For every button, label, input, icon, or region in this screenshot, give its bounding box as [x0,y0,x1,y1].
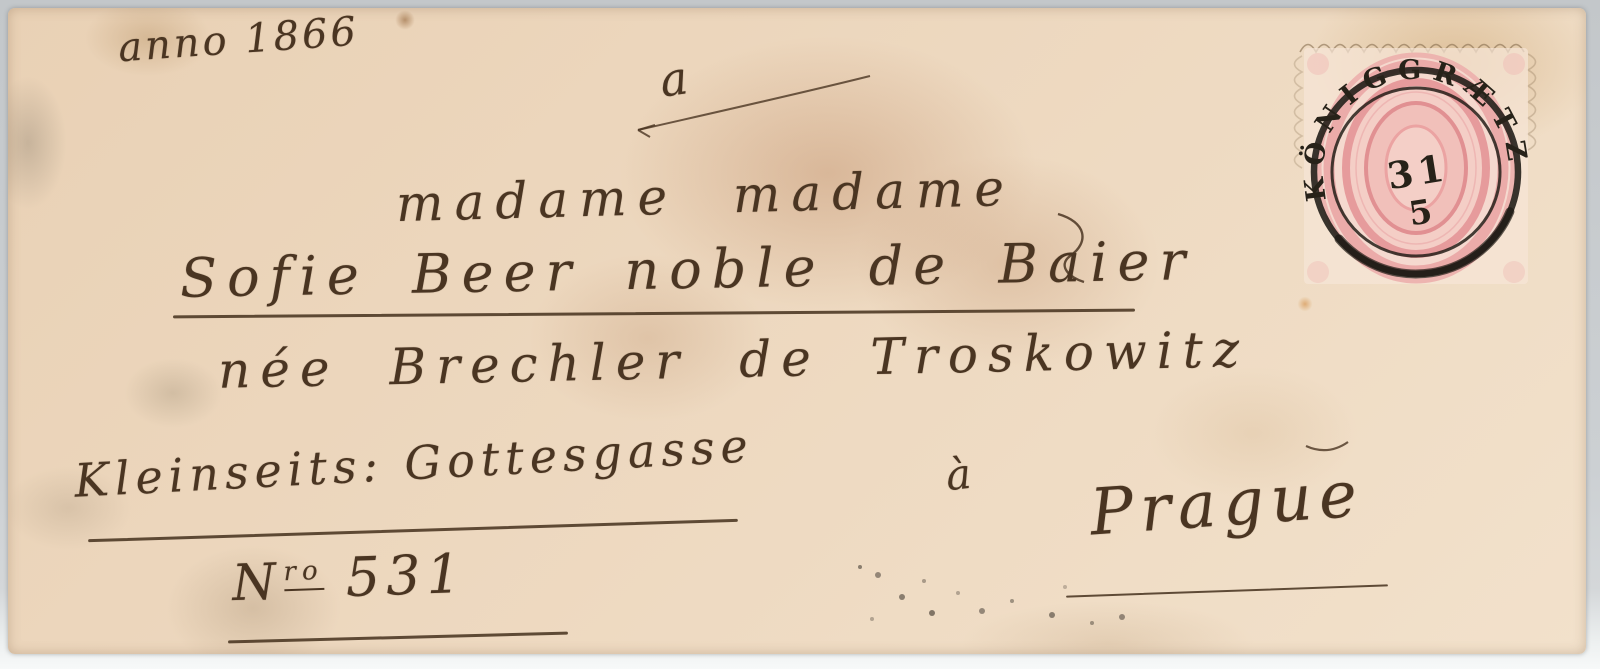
destination-preposition: à [944,453,973,497]
house-number-prefix: N [231,552,283,612]
house-number-underline [228,632,568,644]
recipient-name-line: Sofie Beer noble de Baier [180,234,1196,306]
nee-line: née Brechler de Troskowitz [218,324,1250,396]
district-underline [88,519,738,542]
stamp-svg: KÖNIGGRÆTZ 31 5 [1288,22,1546,302]
salutation-line: madame madame [395,163,1015,229]
house-number-line: Nro 531 [231,547,468,609]
district-line: Kleinseits: Gottesgasse [73,422,754,504]
recipient-underline [173,309,1135,319]
envelope: anno 1866 a madame madame Sofie Beer nob… [8,8,1586,654]
ink-speckles [858,565,862,569]
direction-mark: a [657,54,691,103]
house-number-superscript: ro [283,556,324,591]
postage-stamp: KÖNIGGRÆTZ 31 5 [1288,22,1546,302]
destination-city: Prague [1088,463,1366,546]
scan-background: { "envelope": { "annotation_year": "anno… [0,0,1600,669]
house-number-value: 531 [345,542,468,609]
destination-underline [1066,584,1388,597]
annotation-year: anno 1866 [117,12,360,69]
